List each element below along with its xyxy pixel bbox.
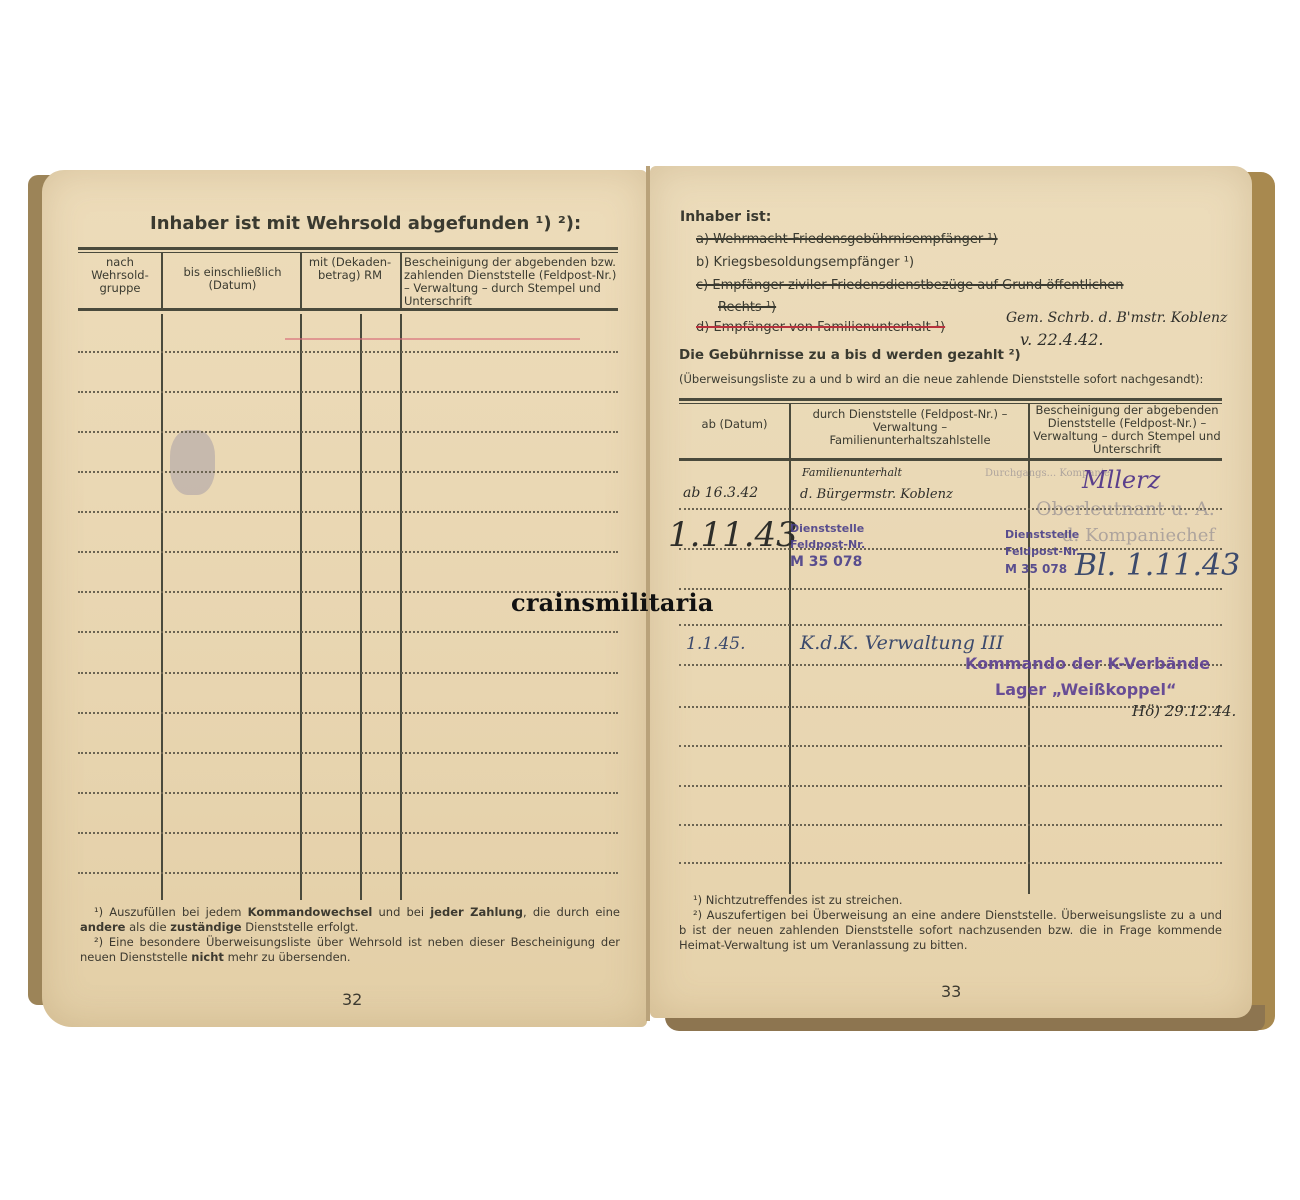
col-header-bescheinigung: Bescheinigung der abgebenden Dienststell…	[1032, 404, 1222, 456]
table-header-rule	[78, 308, 618, 311]
entry-2-date: 1.11.43	[668, 515, 798, 555]
table-row[interactable]	[78, 832, 618, 834]
page-number-33: 33	[941, 982, 961, 1001]
entry-1-office-line1: Familienunterhalt	[802, 466, 902, 479]
entry-2-cert-stamp-line1: Dienststelle	[1005, 528, 1079, 541]
col-header-durch-dienststelle: durch Dienststelle (Feldpost-Nr.) – Verw…	[795, 408, 1025, 447]
table-row[interactable]	[679, 862, 1222, 864]
entry-1-rank-stamp-line1: Oberleutnant u. A.	[1036, 498, 1215, 520]
right-page-title: Inhaber ist:	[680, 209, 771, 225]
entry-3-office: K.d.K. Verwaltung III	[800, 632, 1004, 654]
col-header-bescheinigung: Bescheinigung der abgebenden bzw. zahlen…	[404, 256, 618, 308]
col-divider	[300, 252, 302, 308]
page-number-32: 32	[342, 990, 362, 1009]
entry-3-date: 1.1.45.	[686, 634, 745, 654]
payment-heading: Die Gebührnisse zu a bis d werden gezahl…	[679, 347, 1021, 363]
table-row[interactable]	[78, 752, 618, 754]
option-c-struck: c) Empfänger ziviler Friedensdienstbezüg…	[696, 278, 1124, 293]
table-row[interactable]	[679, 745, 1222, 747]
col-header-ab-datum: ab (Datum)	[682, 418, 787, 431]
option-a-struck: a) Wehrmacht-Friedensgebührnisempfänger …	[696, 232, 998, 247]
table-row[interactable]	[78, 391, 618, 393]
option-c-cont-struck: Rechts ¹)	[718, 300, 776, 315]
col-divider	[161, 252, 163, 308]
entry-2-stamp-line2: Feldpost-Nr.	[790, 538, 865, 551]
handwritten-note-date: v. 22.4.42.	[1020, 330, 1103, 349]
right-footnote-1: ¹) Nichtzutreffendes ist zu streichen.	[679, 893, 1222, 908]
page-33	[650, 166, 1252, 1018]
table-row[interactable]	[679, 824, 1222, 826]
col-header-dekadenbetrag: mit (Dekaden-betrag) RM	[302, 256, 398, 282]
table-row[interactable]	[78, 551, 618, 553]
col-divider	[400, 314, 402, 900]
option-b: b) Kriegsbesoldungsempfänger ¹)	[696, 255, 914, 270]
entry-2-cert-stamp-line3: M 35 078	[1005, 562, 1067, 576]
entry-3-stamp-line2: Lager „Weißkoppel“	[995, 680, 1176, 699]
table-row[interactable]	[78, 631, 618, 633]
table-row[interactable]	[78, 712, 618, 714]
entry-1-signature: Mllerz	[1082, 466, 1160, 494]
handwritten-note: Gem. Schrb. d. B'mstr. Koblenz	[1006, 310, 1227, 326]
table-top-rule-thin	[78, 252, 618, 253]
table-row[interactable]	[78, 431, 618, 433]
right-footnote-2: ²) Auszufertigen bei Überweisung an eine…	[679, 908, 1222, 953]
entry-2-stamp-line3: M 35 078	[790, 554, 862, 570]
table-row[interactable]	[78, 672, 618, 674]
table-row[interactable]	[78, 511, 618, 513]
table-row[interactable]	[679, 785, 1222, 787]
watermark-text: crainsmilitaria	[511, 588, 714, 617]
col-divider	[360, 314, 362, 900]
table-row[interactable]	[78, 792, 618, 794]
left-page-title: Inhaber ist mit Wehrsold abgefunden ¹) ²…	[150, 213, 581, 234]
red-pencil-mark	[285, 338, 580, 340]
ink-smudge	[170, 430, 215, 495]
col-header-bis-datum: bis einschließlich (Datum)	[165, 266, 300, 292]
table-row[interactable]	[78, 471, 618, 473]
col-divider	[300, 314, 302, 900]
entry-3-cert-handwriting: Hö) 29.12.44.	[1132, 702, 1236, 720]
col-divider	[400, 252, 402, 308]
entry-2-cert-handwriting: Bl. 1.11.43	[1075, 548, 1240, 583]
table-top-rule	[78, 247, 618, 250]
entry-1-office-line2: d. Bürgermstr. Koblenz	[800, 487, 953, 502]
payment-subheading: (Überweisungsliste zu a und b wird an di…	[679, 372, 1203, 386]
table-row[interactable]	[78, 351, 618, 353]
table-header-rule	[679, 458, 1222, 461]
entry-1-date: ab 16.3.42	[683, 485, 758, 501]
entry-2-cert-stamp-line2: Feldpost-Nr.	[1005, 545, 1080, 558]
table-row[interactable]	[78, 872, 618, 874]
right-footnotes: ¹) Nichtzutreffendes ist zu streichen. ²…	[679, 893, 1222, 953]
col-header-wehrsoldgruppe: nach Wehrsold-gruppe	[80, 256, 160, 295]
table-row[interactable]	[679, 588, 1222, 590]
entry-3-stamp-line1: Kommando der K-Verbände	[965, 654, 1210, 673]
table-row[interactable]	[679, 624, 1222, 626]
entry-2-stamp-line1: Dienststelle	[790, 522, 864, 535]
col-divider	[789, 404, 791, 894]
option-d-struck: d) Empfänger von Familienunterhalt ¹)	[696, 320, 945, 335]
entry-1-rank-stamp-line2: d. Kompaniechef	[1062, 525, 1215, 546]
table-top-rule	[679, 398, 1222, 401]
col-divider	[161, 314, 163, 900]
left-footnotes: ¹) Auszufüllen bei jedem Kommandowechsel…	[80, 905, 620, 965]
